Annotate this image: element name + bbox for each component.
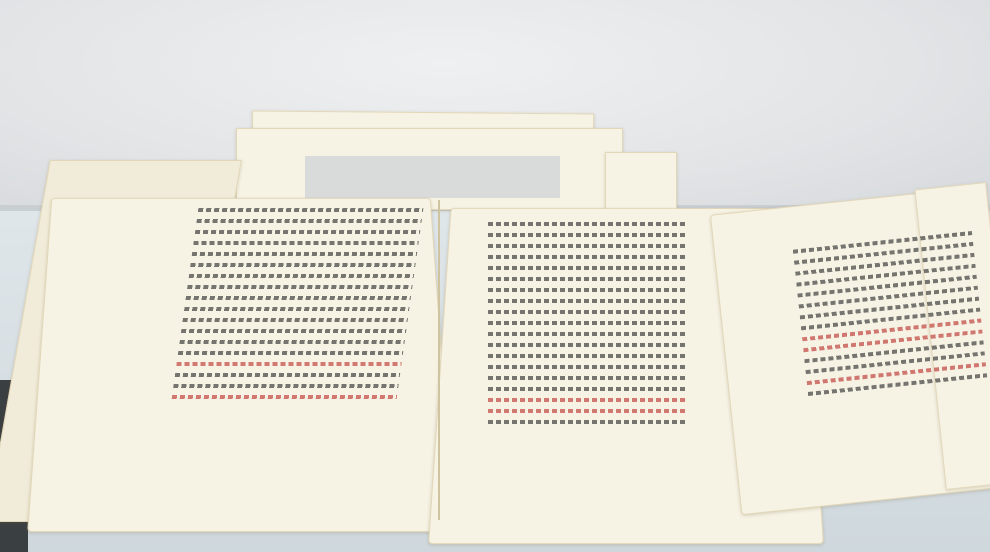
photo-plate: [305, 156, 560, 198]
back-leaf-right: [605, 152, 677, 214]
left-page-text: [172, 208, 424, 399]
right-page-text: [488, 222, 688, 424]
second-page-text: [793, 231, 987, 396]
manuscript-gutter: [438, 200, 440, 520]
